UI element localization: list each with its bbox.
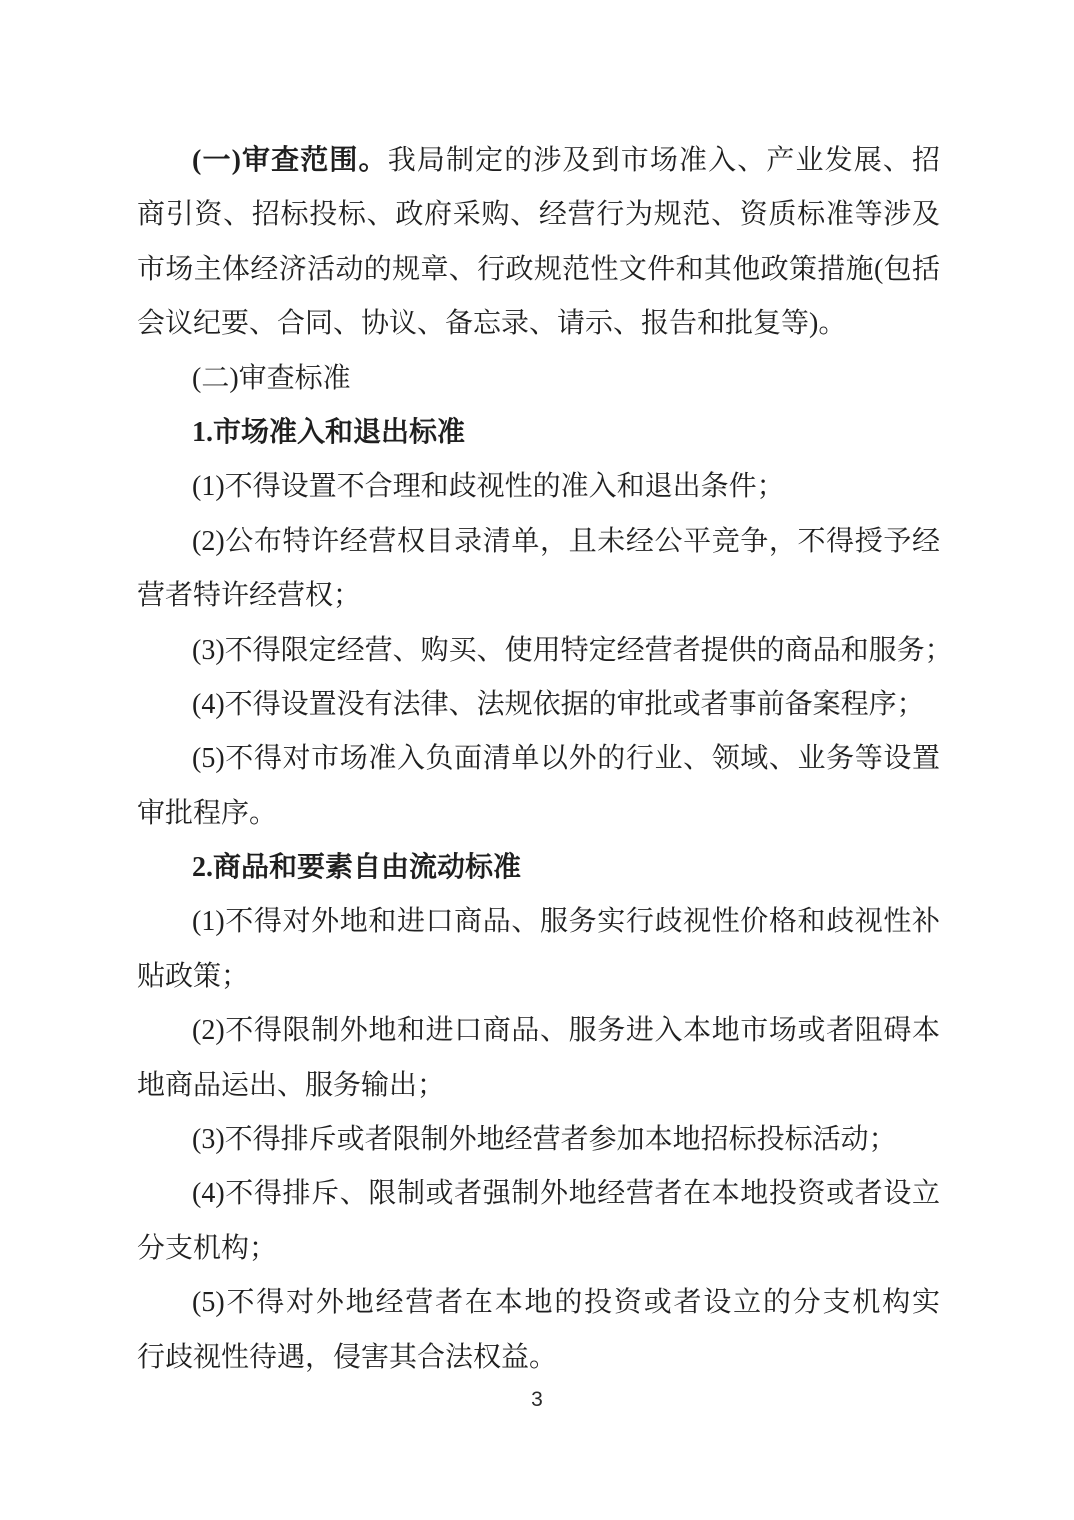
doc-line: (2)不得限制外地和进口商品、服务进入本地市场或者阻碍本: [137, 1004, 940, 1058]
doc-line: 审批程序。: [137, 787, 940, 841]
doc-line: (1)不得对外地和进口商品、服务实行歧视性价格和歧视性补: [137, 895, 940, 949]
doc-line: 市场主体经济活动的规章、行政规范性文件和其他政策措施(包括: [137, 243, 940, 297]
doc-line: 1.市场准入和退出标准: [137, 406, 940, 460]
body-text: 商引资、招标投标、政府采购、经营行为规范、资质标准等涉及: [137, 199, 940, 230]
document-body: (一)审查范围。我局制定的涉及到市场准入、产业发展、招 商引资、招标投标、政府采…: [137, 134, 940, 1385]
body-text: (3)不得排斥或者限制外地经营者参加本地招标投标活动；: [192, 1124, 897, 1155]
doc-line: 行歧视性待遇，侵害其合法权益。: [137, 1331, 940, 1385]
body-text: 贴政策；: [137, 961, 249, 992]
body-text: (3)不得限定经营、购买、使用特定经营者提供的商品和服务；: [192, 635, 953, 666]
body-text: (1)不得设置不合理和歧视性的准入和退出条件；: [192, 471, 785, 502]
body-text: 审批程序。: [137, 798, 277, 829]
body-text: 地商品运出、服务输出；: [137, 1070, 445, 1101]
body-text: (4)不得排斥、限制或者强制外地经营者在本地投资或者设立: [192, 1178, 940, 1209]
doc-line: (3)不得限定经营、购买、使用特定经营者提供的商品和服务；: [137, 624, 940, 678]
body-text: 行歧视性待遇，侵害其合法权益。: [137, 1342, 557, 1373]
doc-line: (2)公布特许经营权目录清单，且未经公平竞争，不得授予经: [137, 515, 940, 569]
body-text: 会议纪要、合同、协议、备忘录、请示、报告和批复等)。: [137, 308, 846, 339]
doc-line: (3)不得排斥或者限制外地经营者参加本地招标投标活动；: [137, 1113, 940, 1167]
doc-line: (4)不得排斥、限制或者强制外地经营者在本地投资或者设立: [137, 1167, 940, 1221]
subheading-market-entry-exit: 1.市场准入和退出标准: [192, 417, 465, 448]
doc-line: 商引资、招标投标、政府采购、经营行为规范、资质标准等涉及: [137, 188, 940, 242]
body-text: 营者特许经营权；: [137, 580, 361, 611]
heading-review-criteria: (二)审查标准: [192, 363, 351, 394]
body-text: (2)不得限制外地和进口商品、服务进入本地市场或者阻碍本: [192, 1015, 940, 1046]
body-text: (4)不得设置没有法律、法规依据的审批或者事前备案程序；: [192, 689, 925, 720]
doc-line: 分支机构；: [137, 1222, 940, 1276]
doc-line: (二)审查标准: [137, 352, 940, 406]
body-text: 我局制定的涉及到市场准入、产业发展、招: [388, 145, 940, 176]
doc-line: (一)审查范围。我局制定的涉及到市场准入、产业发展、招: [137, 134, 940, 188]
body-text: (1)不得对外地和进口商品、服务实行歧视性价格和歧视性补: [192, 906, 940, 937]
doc-line: (5)不得对市场准入负面清单以外的行业、领域、业务等设置: [137, 732, 940, 786]
page-number: 3: [0, 1384, 1074, 1416]
body-text: 分支机构；: [137, 1233, 277, 1264]
body-text: (5)不得对外地经营者在本地的投资或者设立的分支机构实: [192, 1287, 940, 1318]
doc-line: (5)不得对外地经营者在本地的投资或者设立的分支机构实: [137, 1276, 940, 1330]
body-text: (2)公布特许经营权目录清单，且未经公平竞争，不得授予经: [192, 526, 940, 557]
doc-line: 地商品运出、服务输出；: [137, 1059, 940, 1113]
doc-line: 会议纪要、合同、协议、备忘录、请示、报告和批复等)。: [137, 297, 940, 351]
heading-review-scope: (一)审查范围。: [192, 145, 388, 176]
body-text: (5)不得对市场准入负面清单以外的行业、领域、业务等设置: [192, 743, 940, 774]
doc-line: 营者特许经营权；: [137, 569, 940, 623]
doc-line: 2.商品和要素自由流动标准: [137, 841, 940, 895]
doc-line: (4)不得设置没有法律、法规依据的审批或者事前备案程序；: [137, 678, 940, 732]
doc-line: 贴政策；: [137, 950, 940, 1004]
doc-line: (1)不得设置不合理和歧视性的准入和退出条件；: [137, 460, 940, 514]
body-text: 市场主体经济活动的规章、行政规范性文件和其他政策措施(包括: [137, 254, 940, 285]
subheading-goods-factors-flow: 2.商品和要素自由流动标准: [192, 852, 521, 883]
document-page: (一)审查范围。我局制定的涉及到市场准入、产业发展、招 商引资、招标投标、政府采…: [0, 0, 1074, 1520]
